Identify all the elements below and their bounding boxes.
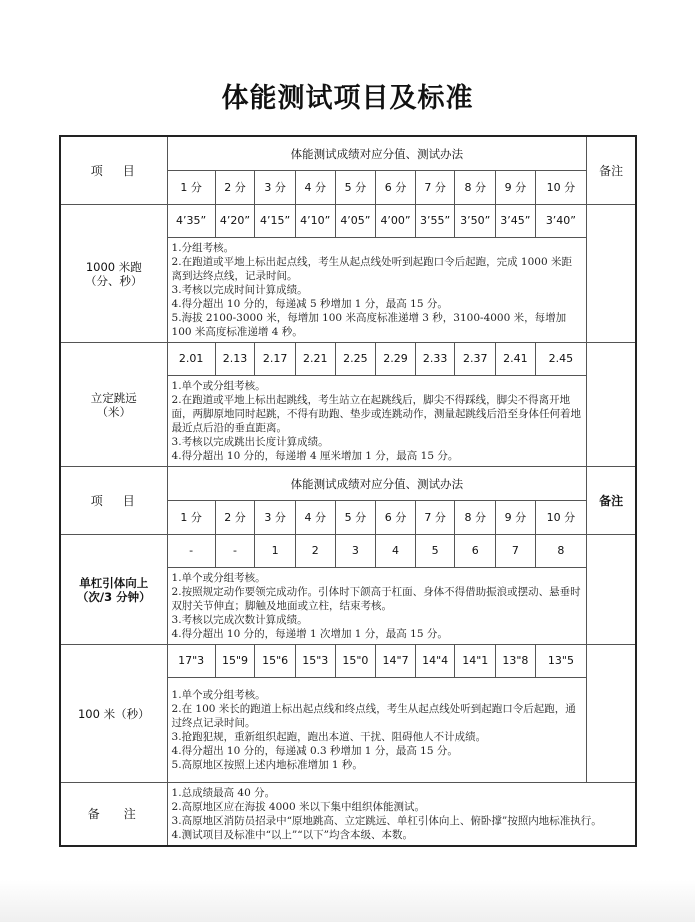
remark-cell-empty (587, 535, 636, 645)
method-line: 4.得分超出 10 分的，每递减 5 秒增加 1 分，最高 15 分。 (172, 297, 583, 311)
header-remark-label: 备注 (587, 136, 636, 205)
item-name-1000m: 1000 米跑 （分、秒） (60, 205, 167, 343)
score-label: 8 分 (455, 171, 496, 205)
value-cell: 4’00” (376, 205, 416, 238)
remark-line: 4.测试项目及标准中“以上”“以下”均含本级、本数。 (172, 828, 631, 842)
item-long-jump-values-row: 立定跳远 （米） 2.01 2.13 2.17 2.21 2.25 2.29 2… (60, 343, 636, 376)
value-cell: 8 (535, 535, 586, 568)
method-line: 1.单个或分组考核。 (172, 688, 583, 702)
value-cell: 13"5 (535, 645, 586, 678)
method-description: 1.单个或分组考核。 2.在 100 米长的跑道上标出起点线和终点线，考生从起点… (167, 678, 587, 783)
score-label: 7 分 (415, 171, 455, 205)
method-line: 1.单个或分组考核。 (172, 571, 583, 585)
remark-cell-empty (587, 205, 636, 343)
header-item-label: 项目 (60, 467, 167, 535)
header-item-label: 项目 (60, 136, 167, 205)
score-label: 6 分 (376, 171, 416, 205)
value-cell: 2.33 (415, 343, 455, 376)
score-label: 6 分 (376, 501, 416, 535)
method-line: 5.高原地区按照上述内地标准增加 1 秒。 (172, 758, 583, 772)
score-label: 7 分 (415, 501, 455, 535)
item-name-100m: 100 米（秒） (60, 645, 167, 783)
score-label: 10 分 (535, 171, 586, 205)
remarks-label: 备注 (60, 783, 167, 847)
value-cell: 14"4 (415, 645, 455, 678)
score-label: 8 分 (455, 501, 496, 535)
method-line: 4.得分超出 10 分的，每递减 0.3 秒增加 1 分，最高 15 分。 (172, 744, 583, 758)
value-cell: 14"7 (376, 645, 416, 678)
header-scores-title: 体能测试成绩对应分值、测试办法 (167, 467, 587, 501)
value-cell: 2.17 (255, 343, 296, 376)
value-cell: 7 (496, 535, 536, 568)
method-line: 3.抢跑犯规，重新组织起跑，跑出本道、干扰、阻碍他人不计成绩。 (172, 730, 583, 744)
value-cell: 1 (255, 535, 296, 568)
value-cell: 13"8 (496, 645, 536, 678)
method-line: 4.得分超出 10 分的，每递增 4 厘米增加 1 分，最高 15 分。 (172, 449, 583, 463)
score-label: 1 分 (167, 171, 215, 205)
method-line: 3.考核以完成跳出长度计算成绩。 (172, 435, 583, 449)
value-cell: 2.25 (335, 343, 376, 376)
header-remark-label: 备注 (587, 467, 636, 535)
method-description: 1.单个或分组考核。 2.在跑道或平地上标出起跳线，考生站立在起跳线后，脚尖不得… (167, 376, 587, 467)
value-cell: 3’40” (535, 205, 586, 238)
method-line: 2.在跑道或平地上标出起点线，考生从起点线处听到起跑口令后起跑，完成 1000 … (172, 255, 583, 283)
item-name-line1: 100 米（秒） (61, 707, 167, 721)
score-label: 9 分 (496, 171, 536, 205)
value-cell: 2.29 (376, 343, 416, 376)
item-name-line2: （次/3 分钟） (61, 590, 167, 604)
value-cell: 17"3 (167, 645, 215, 678)
item-name-line1: 1000 米跑 (61, 260, 167, 274)
value-cell: 15"9 (215, 645, 255, 678)
value-cell: 2.21 (295, 343, 335, 376)
header-row-2: 项目 体能测试成绩对应分值、测试办法 备注 (60, 467, 636, 501)
score-label: 2 分 (215, 501, 255, 535)
remark-line: 3.高原地区消防员招录中“原地跳高、立定跳远、单杠引体向上、俯卧撑”按照内地标准… (172, 814, 631, 828)
item-name-line1: 立定跳远 (61, 391, 167, 405)
method-line: 5.海拔 2100-3000 米，每增加 100 米高度标准递增 3 秒，310… (172, 311, 583, 339)
method-line: 1.单个或分组考核。 (172, 379, 583, 393)
method-line: 2.按照规定动作要领完成动作。引体时下颌高于杠面、身体不得借助振浪或摆动、悬垂时… (172, 585, 583, 613)
item-name-pullup: 单杠引体向上 （次/3 分钟） (60, 535, 167, 645)
item-name-line2: （分、秒） (61, 274, 167, 288)
value-cell: 15"0 (335, 645, 376, 678)
method-description: 1.单个或分组考核。 2.按照规定动作要领完成动作。引体时下颌高于杠面、身体不得… (167, 568, 587, 645)
header-row: 项目 体能测试成绩对应分值、测试办法 备注 (60, 136, 636, 171)
value-cell: 3 (335, 535, 376, 568)
score-label: 1 分 (167, 501, 215, 535)
method-line: 3.考核以完成时间计算成绩。 (172, 283, 583, 297)
score-label: 9 分 (496, 501, 536, 535)
page-title: 体能测试项目及标准 (0, 76, 695, 115)
header-scores-title: 体能测试成绩对应分值、测试办法 (167, 136, 587, 171)
value-cell: 4’20” (215, 205, 255, 238)
standards-table: 项目 体能测试成绩对应分值、测试办法 备注 1 分 2 分 3 分 4 分 5 … (59, 135, 637, 847)
item-name-long-jump: 立定跳远 （米） (60, 343, 167, 467)
method-line: 2.在跑道或平地上标出起跳线，考生站立在起跳线后，脚尖不得踩线，脚尖不得离开地面… (172, 393, 583, 435)
item-pullup-values-row: 单杠引体向上 （次/3 分钟） - - 1 2 3 4 5 6 7 8 (60, 535, 636, 568)
score-label: 4 分 (295, 171, 335, 205)
value-cell: 2 (295, 535, 335, 568)
value-cell: 4’15” (255, 205, 296, 238)
value-cell: 2.45 (535, 343, 586, 376)
value-cell: 4’35” (167, 205, 215, 238)
score-label: 3 分 (255, 501, 296, 535)
score-label: 5 分 (335, 171, 376, 205)
value-cell: 6 (455, 535, 496, 568)
value-cell: 3’55” (415, 205, 455, 238)
remark-cell-empty (587, 645, 636, 783)
method-line: 4.得分超出 10 分的，每递增 1 次增加 1 分，最高 15 分。 (172, 627, 583, 641)
value-cell: 2.37 (455, 343, 496, 376)
score-label: 3 分 (255, 171, 296, 205)
score-label: 10 分 (535, 501, 586, 535)
value-cell: 15"3 (295, 645, 335, 678)
item-100m-values-row: 100 米（秒） 17"3 15"9 15"6 15"3 15"0 14"7 1… (60, 645, 636, 678)
remarks-row: 备注 1.总成绩最高 40 分。 2.高原地区应在海拔 4000 米以下集中组织… (60, 783, 636, 847)
item-1000m-values-row: 1000 米跑 （分、秒） 4’35” 4’20” 4’15” 4’10” 4’… (60, 205, 636, 238)
value-cell: - (167, 535, 215, 568)
value-cell: 15"6 (255, 645, 296, 678)
value-cell: 3’45” (496, 205, 536, 238)
value-cell: 14"1 (455, 645, 496, 678)
score-label: 2 分 (215, 171, 255, 205)
remark-line: 1.总成绩最高 40 分。 (172, 786, 631, 800)
value-cell: 3’50” (455, 205, 496, 238)
score-label: 5 分 (335, 501, 376, 535)
score-label: 4 分 (295, 501, 335, 535)
value-cell: 2.13 (215, 343, 255, 376)
method-line: 1.分组考核。 (172, 241, 583, 255)
value-cell: 2.41 (496, 343, 536, 376)
remark-cell-empty (587, 343, 636, 467)
method-line: 3.考核以完成次数计算成绩。 (172, 613, 583, 627)
remark-line: 2.高原地区应在海拔 4000 米以下集中组织体能测试。 (172, 800, 631, 814)
item-name-line2: （米） (61, 405, 167, 419)
method-line: 2.在 100 米长的跑道上标出起点线和终点线，考生从起点线处听到起跑口令后起跑… (172, 702, 583, 730)
value-cell: 4’10” (295, 205, 335, 238)
item-name-line1: 单杠引体向上 (61, 576, 167, 590)
value-cell: 5 (415, 535, 455, 568)
remarks-content: 1.总成绩最高 40 分。 2.高原地区应在海拔 4000 米以下集中组织体能测… (167, 783, 636, 847)
value-cell: 4’05” (335, 205, 376, 238)
value-cell: - (215, 535, 255, 568)
value-cell: 2.01 (167, 343, 215, 376)
method-description: 1.分组考核。 2.在跑道或平地上标出起点线，考生从起点线处听到起跑口令后起跑，… (167, 238, 587, 343)
value-cell: 4 (376, 535, 416, 568)
